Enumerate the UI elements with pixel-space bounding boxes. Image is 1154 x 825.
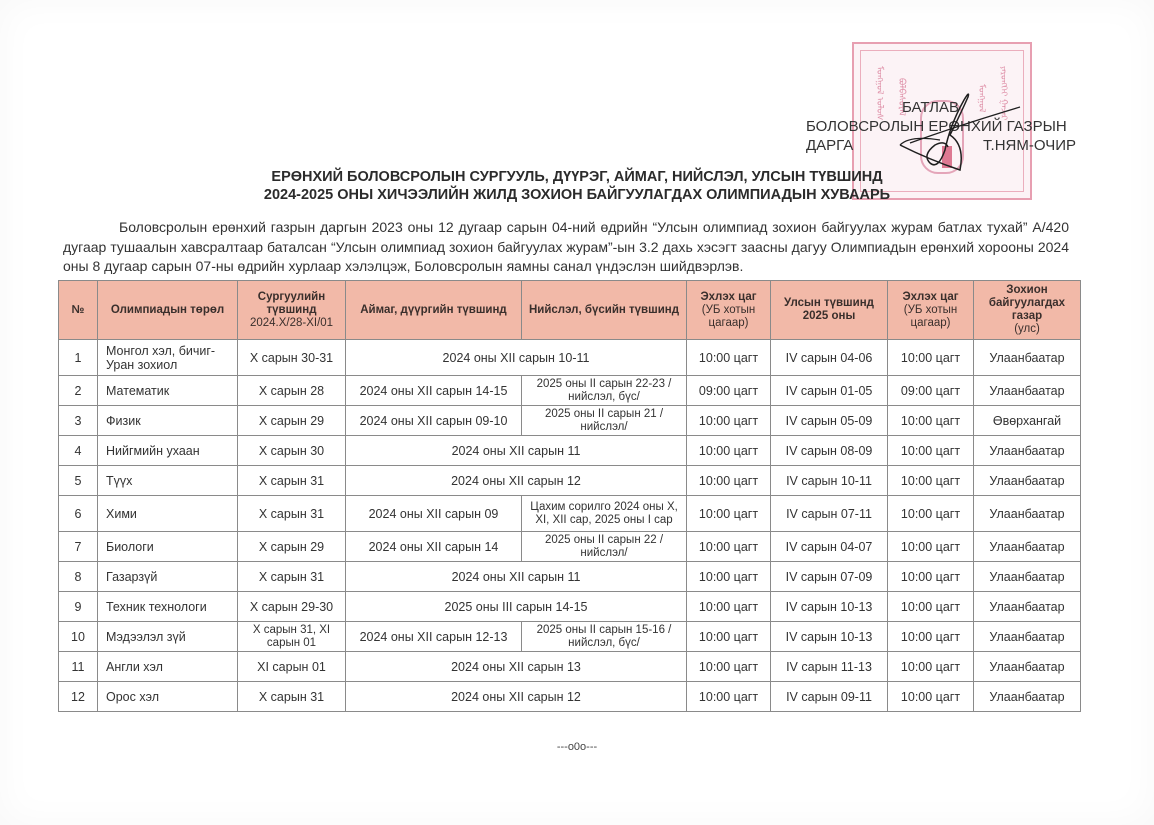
table-row: 10Мэдээлэл зүйX сарын 31, XI сарын 01202… xyxy=(59,622,1081,652)
header-no: № xyxy=(59,281,98,340)
cell-no: 1 xyxy=(59,340,98,376)
cell-no: 12 xyxy=(59,682,98,712)
header-aimag: Аймаг, дүүргийн түвшинд xyxy=(346,281,522,340)
cell-start-time-1: 10:00 цагт xyxy=(687,532,771,562)
cell-start-time-1: 10:00 цагт xyxy=(687,592,771,622)
header-start1-sub: (УБ хотын цагаар) xyxy=(690,304,767,330)
cell-venue: Улаанбаатар xyxy=(974,376,1081,406)
cell-start-time-2: 10:00 цагт xyxy=(888,532,974,562)
table-row: 11Англи хэлXI сарын 012024 оны XII сарын… xyxy=(59,652,1081,682)
cell-venue: Улаанбаатар xyxy=(974,622,1081,652)
header-start1: Эхлэх цаг (УБ хотын цагаар) xyxy=(687,281,771,340)
cell-start-time-1: 10:00 цагт xyxy=(687,652,771,682)
cell-school-level: X сарын 31 xyxy=(238,496,346,532)
cell-school-level: X сарын 31 xyxy=(238,682,346,712)
cell-school-level: XI сарын 01 xyxy=(238,652,346,682)
approval-name: Т.НЯМ-ОЧИР xyxy=(983,136,1076,155)
cell-no: 7 xyxy=(59,532,98,562)
cell-national-level: IV сарын 10-11 xyxy=(771,466,888,496)
cell-capital-level: 2025 оны II сарын 15-16 /нийслэл, бүс/ xyxy=(522,622,687,652)
cell-venue: Улаанбаатар xyxy=(974,592,1081,622)
cell-aimag-capital-merged: 2024 оны XII сарын 13 xyxy=(346,652,687,682)
cell-aimag-capital-merged: 2024 оны XII сарын 12 xyxy=(346,466,687,496)
cell-venue: Улаанбаатар xyxy=(974,562,1081,592)
header-venue-sub: (улс) xyxy=(977,323,1077,336)
end-mark: ---o0o--- xyxy=(0,741,1154,753)
header-school-label: Сургуулийн түвшинд xyxy=(241,291,342,317)
table-row: 2МатематикX сарын 282024 оны XII сарын 1… xyxy=(59,376,1081,406)
cell-national-level: IV сарын 10-13 xyxy=(771,622,888,652)
cell-aimag-capital-merged: 2024 оны XII сарын 11 xyxy=(346,436,687,466)
cell-subject: Техник технологи xyxy=(98,592,238,622)
cell-start-time-2: 10:00 цагт xyxy=(888,406,974,436)
cell-school-level: X сарын 31 xyxy=(238,466,346,496)
cell-subject: Түүх xyxy=(98,466,238,496)
cell-national-level: IV сарын 09-11 xyxy=(771,682,888,712)
cell-venue: Улаанбаатар xyxy=(974,340,1081,376)
approval-position: ДАРГА xyxy=(806,136,853,155)
table-row: 9Техник технологиX сарын 29-302025 оны I… xyxy=(59,592,1081,622)
cell-no: 8 xyxy=(59,562,98,592)
cell-start-time-1: 10:00 цагт xyxy=(687,622,771,652)
cell-subject: Газарзүй xyxy=(98,562,238,592)
cell-no: 6 xyxy=(59,496,98,532)
header-start2-label: Эхлэх цаг xyxy=(891,291,970,304)
cell-subject: Мэдээлэл зүй xyxy=(98,622,238,652)
cell-national-level: IV сарын 05-09 xyxy=(771,406,888,436)
cell-capital-level: 2025 оны II сарын 22-23 /нийслэл, бүс/ xyxy=(522,376,687,406)
header-venue-label: Зохион байгуулагдах газар xyxy=(977,284,1077,323)
cell-venue: Улаанбаатар xyxy=(974,532,1081,562)
cell-start-time-1: 10:00 цагт xyxy=(687,562,771,592)
table-row: 8ГазарзүйX сарын 312024 оны XII сарын 11… xyxy=(59,562,1081,592)
cell-national-level: IV сарын 07-11 xyxy=(771,496,888,532)
header-capital: Нийслэл, бүсийн түвшинд xyxy=(522,281,687,340)
cell-start-time-1: 10:00 цагт xyxy=(687,340,771,376)
title-line-1: ЕРӨНХИЙ БОЛОВСРОЛЫН СУРГУУЛЬ, ДҮҮРЭГ, АЙ… xyxy=(0,168,1154,186)
cell-start-time-2: 10:00 цагт xyxy=(888,592,974,622)
cell-aimag-capital-merged: 2024 оны XII сарын 12 xyxy=(346,682,687,712)
header-start2-sub: (УБ хотын цагаар) xyxy=(891,304,970,330)
cell-no: 3 xyxy=(59,406,98,436)
cell-start-time-1: 10:00 цагт xyxy=(687,496,771,532)
cell-school-level: X сарын 31, XI сарын 01 xyxy=(238,622,346,652)
cell-aimag-capital-merged: 2024 оны XII сарын 10-11 xyxy=(346,340,687,376)
cell-national-level: IV сарын 10-13 xyxy=(771,592,888,622)
cell-venue: Улаанбаатар xyxy=(974,436,1081,466)
cell-start-time-2: 10:00 цагт xyxy=(888,652,974,682)
cell-no: 4 xyxy=(59,436,98,466)
cell-national-level: IV сарын 11-13 xyxy=(771,652,888,682)
cell-subject: Биологи xyxy=(98,532,238,562)
table-header-row: № Олимпиадын төрөл Сургуулийн түвшинд 20… xyxy=(59,281,1081,340)
table-row: 12Орос хэлX сарын 312024 оны XII сарын 1… xyxy=(59,682,1081,712)
cell-venue: Улаанбаатар xyxy=(974,466,1081,496)
header-start2: Эхлэх цаг (УБ хотын цагаар) xyxy=(888,281,974,340)
cell-school-level: X сарын 29 xyxy=(238,532,346,562)
cell-start-time-2: 10:00 цагт xyxy=(888,622,974,652)
cell-national-level: IV сарын 01-05 xyxy=(771,376,888,406)
cell-aimag-capital-merged: 2025 оны III сарын 14-15 xyxy=(346,592,687,622)
table-row: 1Монгол хэл, бичиг-Уран зохиолX сарын 30… xyxy=(59,340,1081,376)
cell-subject: Англи хэл xyxy=(98,652,238,682)
cell-capital-level: Цахим сорилго 2024 оны X, XI, XII сар, 2… xyxy=(522,496,687,532)
cell-school-level: X сарын 30 xyxy=(238,436,346,466)
cell-school-level: X сарын 29-30 xyxy=(238,592,346,622)
cell-start-time-2: 10:00 цагт xyxy=(888,496,974,532)
cell-aimag-level: 2024 оны XII сарын 14-15 xyxy=(346,376,522,406)
header-school: Сургуулийн түвшинд 2024.X/28-XI/01 xyxy=(238,281,346,340)
cell-school-level: X сарын 30-31 xyxy=(238,340,346,376)
title-line-2: 2024-2025 ОНЫ ХИЧЭЭЛИЙН ЖИЛД ЗОХИОН БАЙГ… xyxy=(0,186,1154,204)
cell-aimag-level: 2024 оны XII сарын 09 xyxy=(346,496,522,532)
cell-no: 11 xyxy=(59,652,98,682)
cell-capital-level: 2025 оны II сарын 21 /нийслэл/ xyxy=(522,406,687,436)
cell-no: 5 xyxy=(59,466,98,496)
cell-national-level: IV сарын 08-09 xyxy=(771,436,888,466)
cell-subject: Физик xyxy=(98,406,238,436)
cell-start-time-1: 10:00 цагт xyxy=(687,406,771,436)
intro-paragraph: Боловсролын ерөнхий газрын даргын 2023 о… xyxy=(63,218,1069,277)
cell-no: 2 xyxy=(59,376,98,406)
approval-organization: БОЛОВСРОЛЫН ЕРӨНХИЙ ГАЗРЫН xyxy=(806,117,1076,136)
cell-start-time-2: 10:00 цагт xyxy=(888,562,974,592)
cell-venue: Улаанбаатар xyxy=(974,496,1081,532)
cell-start-time-2: 09:00 цагт xyxy=(888,376,974,406)
table-row: 7БиологиX сарын 292024 оны XII сарын 142… xyxy=(59,532,1081,562)
cell-aimag-level: 2024 оны XII сарын 09-10 xyxy=(346,406,522,436)
cell-subject: Математик xyxy=(98,376,238,406)
cell-national-level: IV сарын 04-06 xyxy=(771,340,888,376)
table-body: 1Монгол хэл, бичиг-Уран зохиолX сарын 30… xyxy=(59,340,1081,712)
cell-school-level: X сарын 31 xyxy=(238,562,346,592)
header-start1-label: Эхлэх цаг xyxy=(690,291,767,304)
cell-start-time-1: 09:00 цагт xyxy=(687,376,771,406)
cell-school-level: X сарын 29 xyxy=(238,406,346,436)
cell-start-time-1: 10:00 цагт xyxy=(687,436,771,466)
document-title: ЕРӨНХИЙ БОЛОВСРОЛЫН СУРГУУЛЬ, ДҮҮРЭГ, АЙ… xyxy=(0,168,1154,204)
cell-start-time-1: 10:00 цагт xyxy=(687,466,771,496)
cell-start-time-1: 10:00 цагт xyxy=(687,682,771,712)
header-venue: Зохион байгуулагдах газар (улс) xyxy=(974,281,1081,340)
cell-start-time-2: 10:00 цагт xyxy=(888,436,974,466)
cell-start-time-2: 10:00 цагт xyxy=(888,682,974,712)
cell-national-level: IV сарын 07-09 xyxy=(771,562,888,592)
approval-block: БАТЛАВ БОЛОВСРОЛЫН ЕРӨНХИЙ ГАЗРЫН ДАРГА … xyxy=(806,98,1076,155)
table-row: 4Нийгмийн ухаанX сарын 302024 оны XII са… xyxy=(59,436,1081,466)
olympiad-schedule-table: № Олимпиадын төрөл Сургуулийн түвшинд 20… xyxy=(58,280,1081,712)
cell-aimag-level: 2024 оны XII сарын 14 xyxy=(346,532,522,562)
header-national: Улсын түвшинд 2025 оны xyxy=(771,281,888,340)
cell-aimag-capital-merged: 2024 оны XII сарын 11 xyxy=(346,562,687,592)
cell-subject: Нийгмийн ухаан xyxy=(98,436,238,466)
cell-no: 9 xyxy=(59,592,98,622)
cell-start-time-2: 10:00 цагт xyxy=(888,340,974,376)
cell-capital-level: 2025 оны II сарын 22 /нийслэл/ xyxy=(522,532,687,562)
cell-aimag-level: 2024 оны XII сарын 12-13 xyxy=(346,622,522,652)
cell-no: 10 xyxy=(59,622,98,652)
table-row: 5ТүүхX сарын 312024 оны XII сарын 1210:0… xyxy=(59,466,1081,496)
cell-venue: Улаанбаатар xyxy=(974,682,1081,712)
cell-subject: Монгол хэл, бичиг-Уран зохиол xyxy=(98,340,238,376)
header-type: Олимпиадын төрөл xyxy=(98,281,238,340)
approve-label: БАТЛАВ xyxy=(806,98,1076,117)
cell-venue: Улаанбаатар xyxy=(974,652,1081,682)
cell-subject: Орос хэл xyxy=(98,682,238,712)
cell-start-time-2: 10:00 цагт xyxy=(888,466,974,496)
table-row: 6ХимиX сарын 312024 оны XII сарын 09Цахи… xyxy=(59,496,1081,532)
cell-venue: Өвөрхангай xyxy=(974,406,1081,436)
header-school-dates: 2024.X/28-XI/01 xyxy=(241,317,342,330)
cell-school-level: X сарын 28 xyxy=(238,376,346,406)
cell-national-level: IV сарын 04-07 xyxy=(771,532,888,562)
table-row: 3ФизикX сарын 292024 оны XII сарын 09-10… xyxy=(59,406,1081,436)
cell-subject: Хими xyxy=(98,496,238,532)
